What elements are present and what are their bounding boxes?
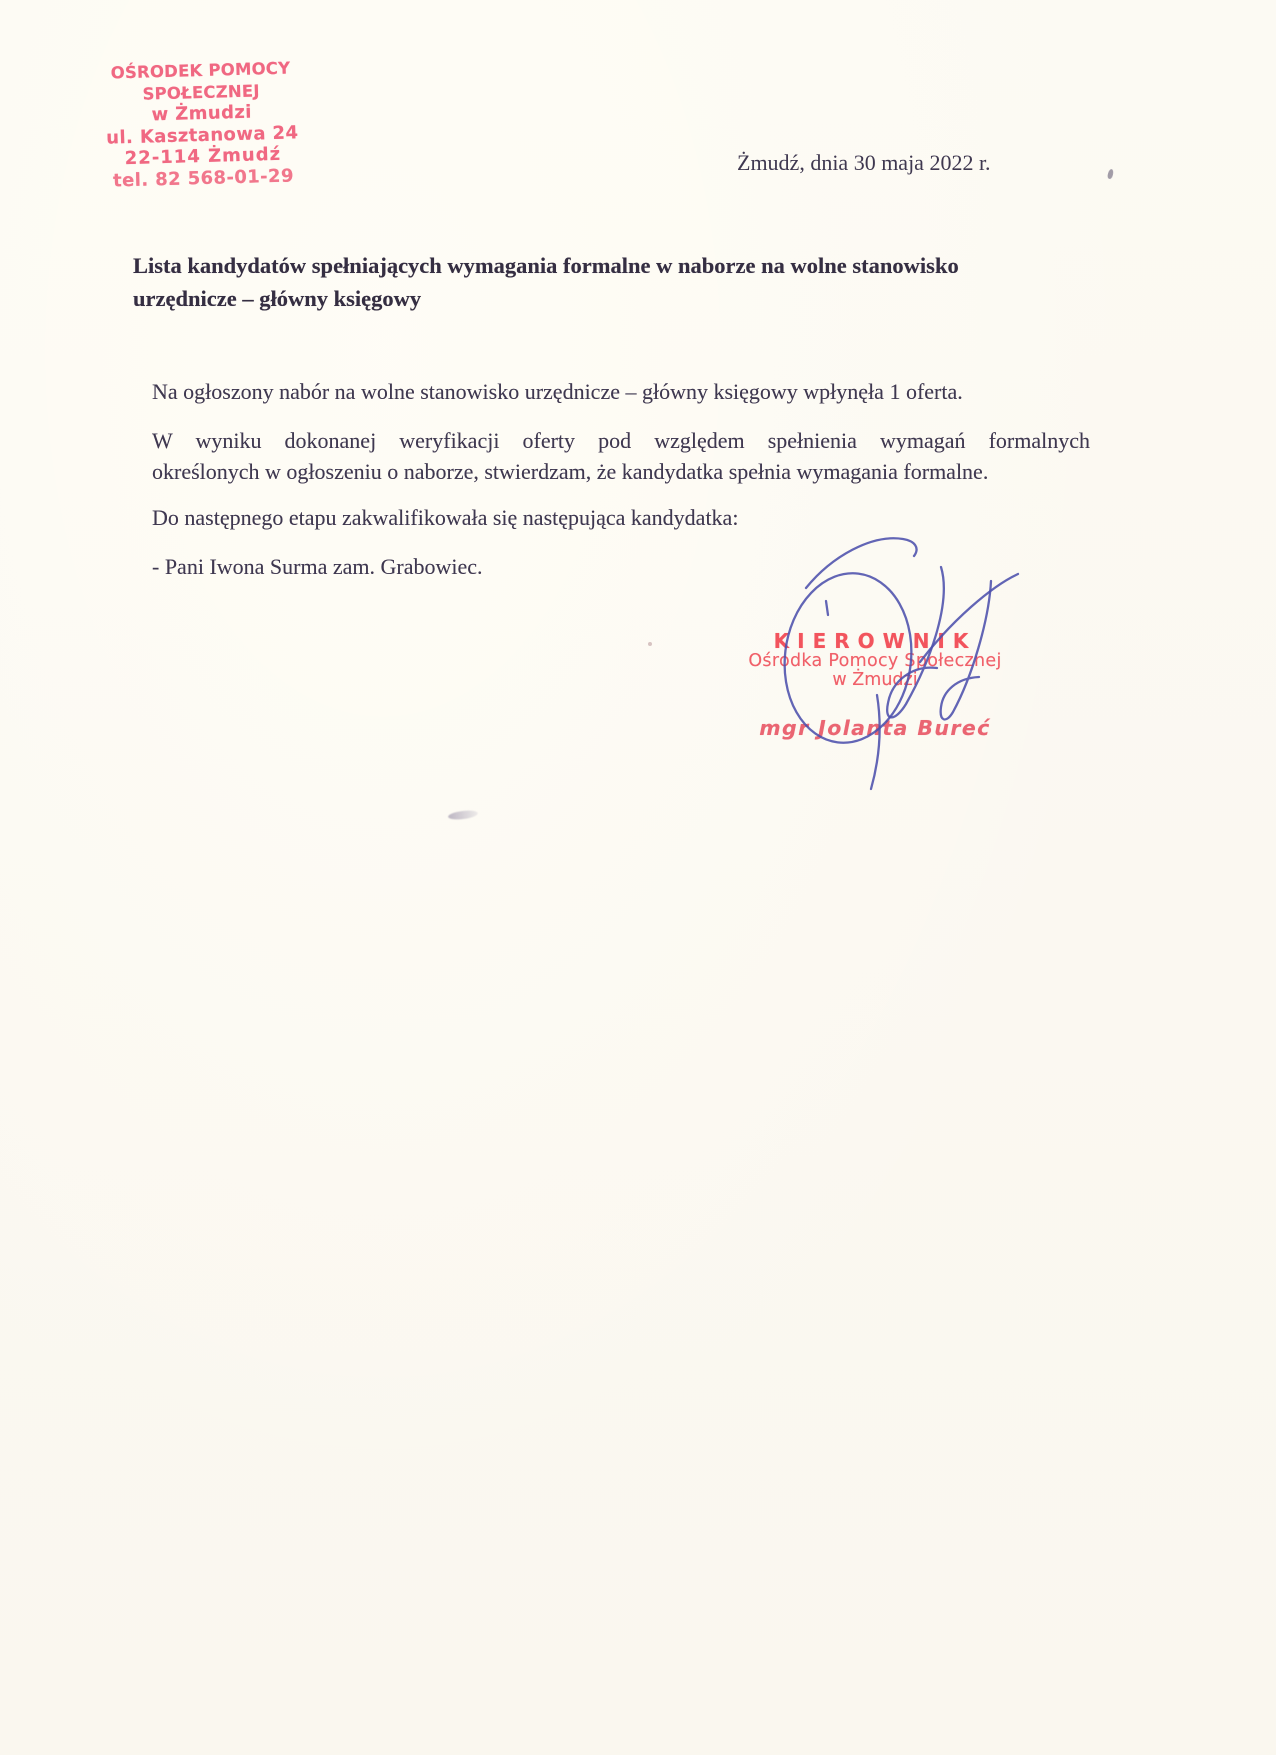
signature-i-tick bbox=[826, 601, 828, 615]
document-title-line1: Lista kandydatów spełniających wymagania… bbox=[133, 253, 847, 278]
document-title: Lista kandydatów spełniających wymagania… bbox=[133, 249, 1063, 315]
paper-dot bbox=[648, 642, 652, 646]
signature-org-line2: w Żmudzi bbox=[718, 671, 1032, 690]
paragraph-verification-line1: W wyniku dokonanej weryfikacji oferty po… bbox=[152, 425, 1090, 456]
signature-role: KIEROWNIK bbox=[718, 631, 1032, 651]
signature-name: mgr Jolanta Bureć bbox=[718, 716, 1032, 740]
paragraph-verification-line2: określonych w ogłoszeniu o naborze, stwi… bbox=[152, 456, 1090, 487]
signature-stamp: KIEROWNIK Ośrodka Pomocy Społecznej w Żm… bbox=[718, 631, 1032, 740]
paper-smudge bbox=[448, 809, 479, 821]
candidate-name-line: - Pani Iwona Surma zam. Grabowiec. bbox=[152, 551, 1090, 582]
date-line: Żmudź, dnia 30 maja 2022 r. bbox=[737, 150, 991, 176]
paragraph-qualified-intro: Do następnego etapu zakwalifikowała się … bbox=[152, 502, 1090, 533]
paragraph-verification: W wyniku dokonanej weryfikacji oferty po… bbox=[152, 425, 1090, 487]
office-address-stamp: OŚRODEK POMOCY SPOŁECZNEJ w Żmudzi ul. K… bbox=[50, 56, 353, 193]
scanned-letter-page: OŚRODEK POMOCY SPOŁECZNEJ w Żmudzi ul. K… bbox=[0, 0, 1276, 1755]
paragraph-offers-received: Na ogłoszony nabór na wolne stanowisko u… bbox=[152, 376, 1090, 407]
paper-speck bbox=[1107, 169, 1114, 180]
signature-org-line1: Ośrodka Pomocy Społecznej bbox=[718, 652, 1032, 671]
